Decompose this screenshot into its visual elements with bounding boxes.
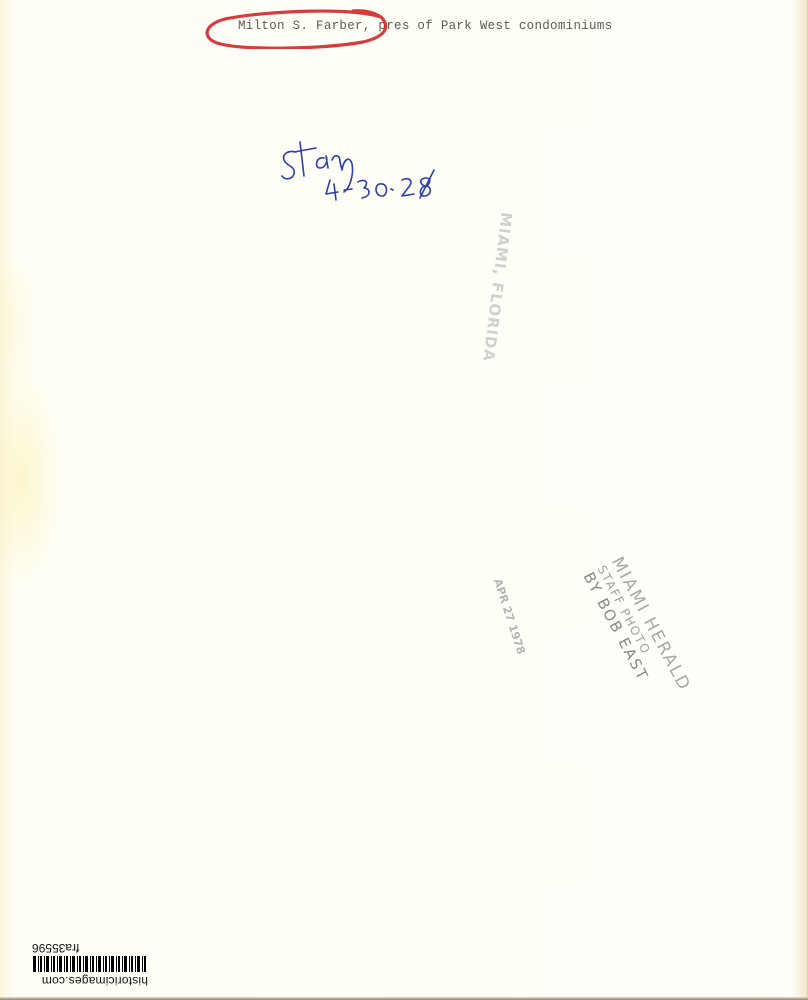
barcode-icon xyxy=(32,956,146,972)
label-id: fra35596 xyxy=(28,941,148,954)
handwritten-note xyxy=(270,138,450,208)
red-circle-annotation xyxy=(203,9,393,49)
barcode-label: historicimages.com fra35596 xyxy=(28,937,148,987)
label-site: historicimages.com xyxy=(28,974,148,987)
